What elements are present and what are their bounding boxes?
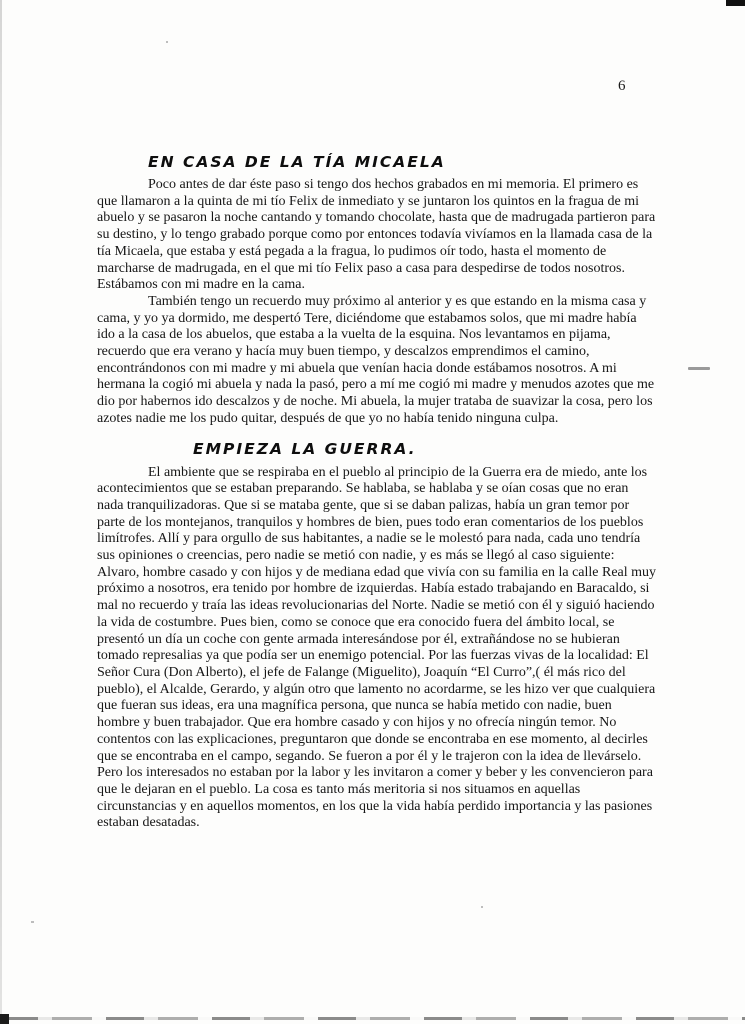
section-heading-empieza-la-guerra: EMPIEZA LA GUERRA. xyxy=(193,439,657,459)
scan-speck xyxy=(166,41,168,43)
scan-artifact-bottom-left-corner xyxy=(0,1014,9,1024)
paragraph-memoria: Poco antes de dar éste paso si tengo dos… xyxy=(97,177,657,294)
paragraph-guerra: El ambiente que se respiraba en el puebl… xyxy=(97,465,657,832)
scan-speck xyxy=(481,906,483,908)
scan-artifact-left-edge xyxy=(0,0,2,1024)
scan-artifact-right-dash xyxy=(688,367,710,370)
paragraph-recuerdo: También tengo un recuerdo muy próximo al… xyxy=(97,294,657,428)
scanned-page: 6 EN CASA DE LA TÍA MICAELA Poco antes d… xyxy=(0,0,745,1024)
section-heading-en-casa-de-la-tia-micaela: EN CASA DE LA TÍA MICAELA xyxy=(148,152,657,172)
page-number: 6 xyxy=(618,78,626,95)
scan-artifact-top-right xyxy=(726,0,745,6)
page-content: EN CASA DE LA TÍA MICAELA Poco antes de … xyxy=(97,152,657,832)
scan-artifact-bottom-line xyxy=(0,1017,745,1020)
scan-speck xyxy=(31,921,34,923)
